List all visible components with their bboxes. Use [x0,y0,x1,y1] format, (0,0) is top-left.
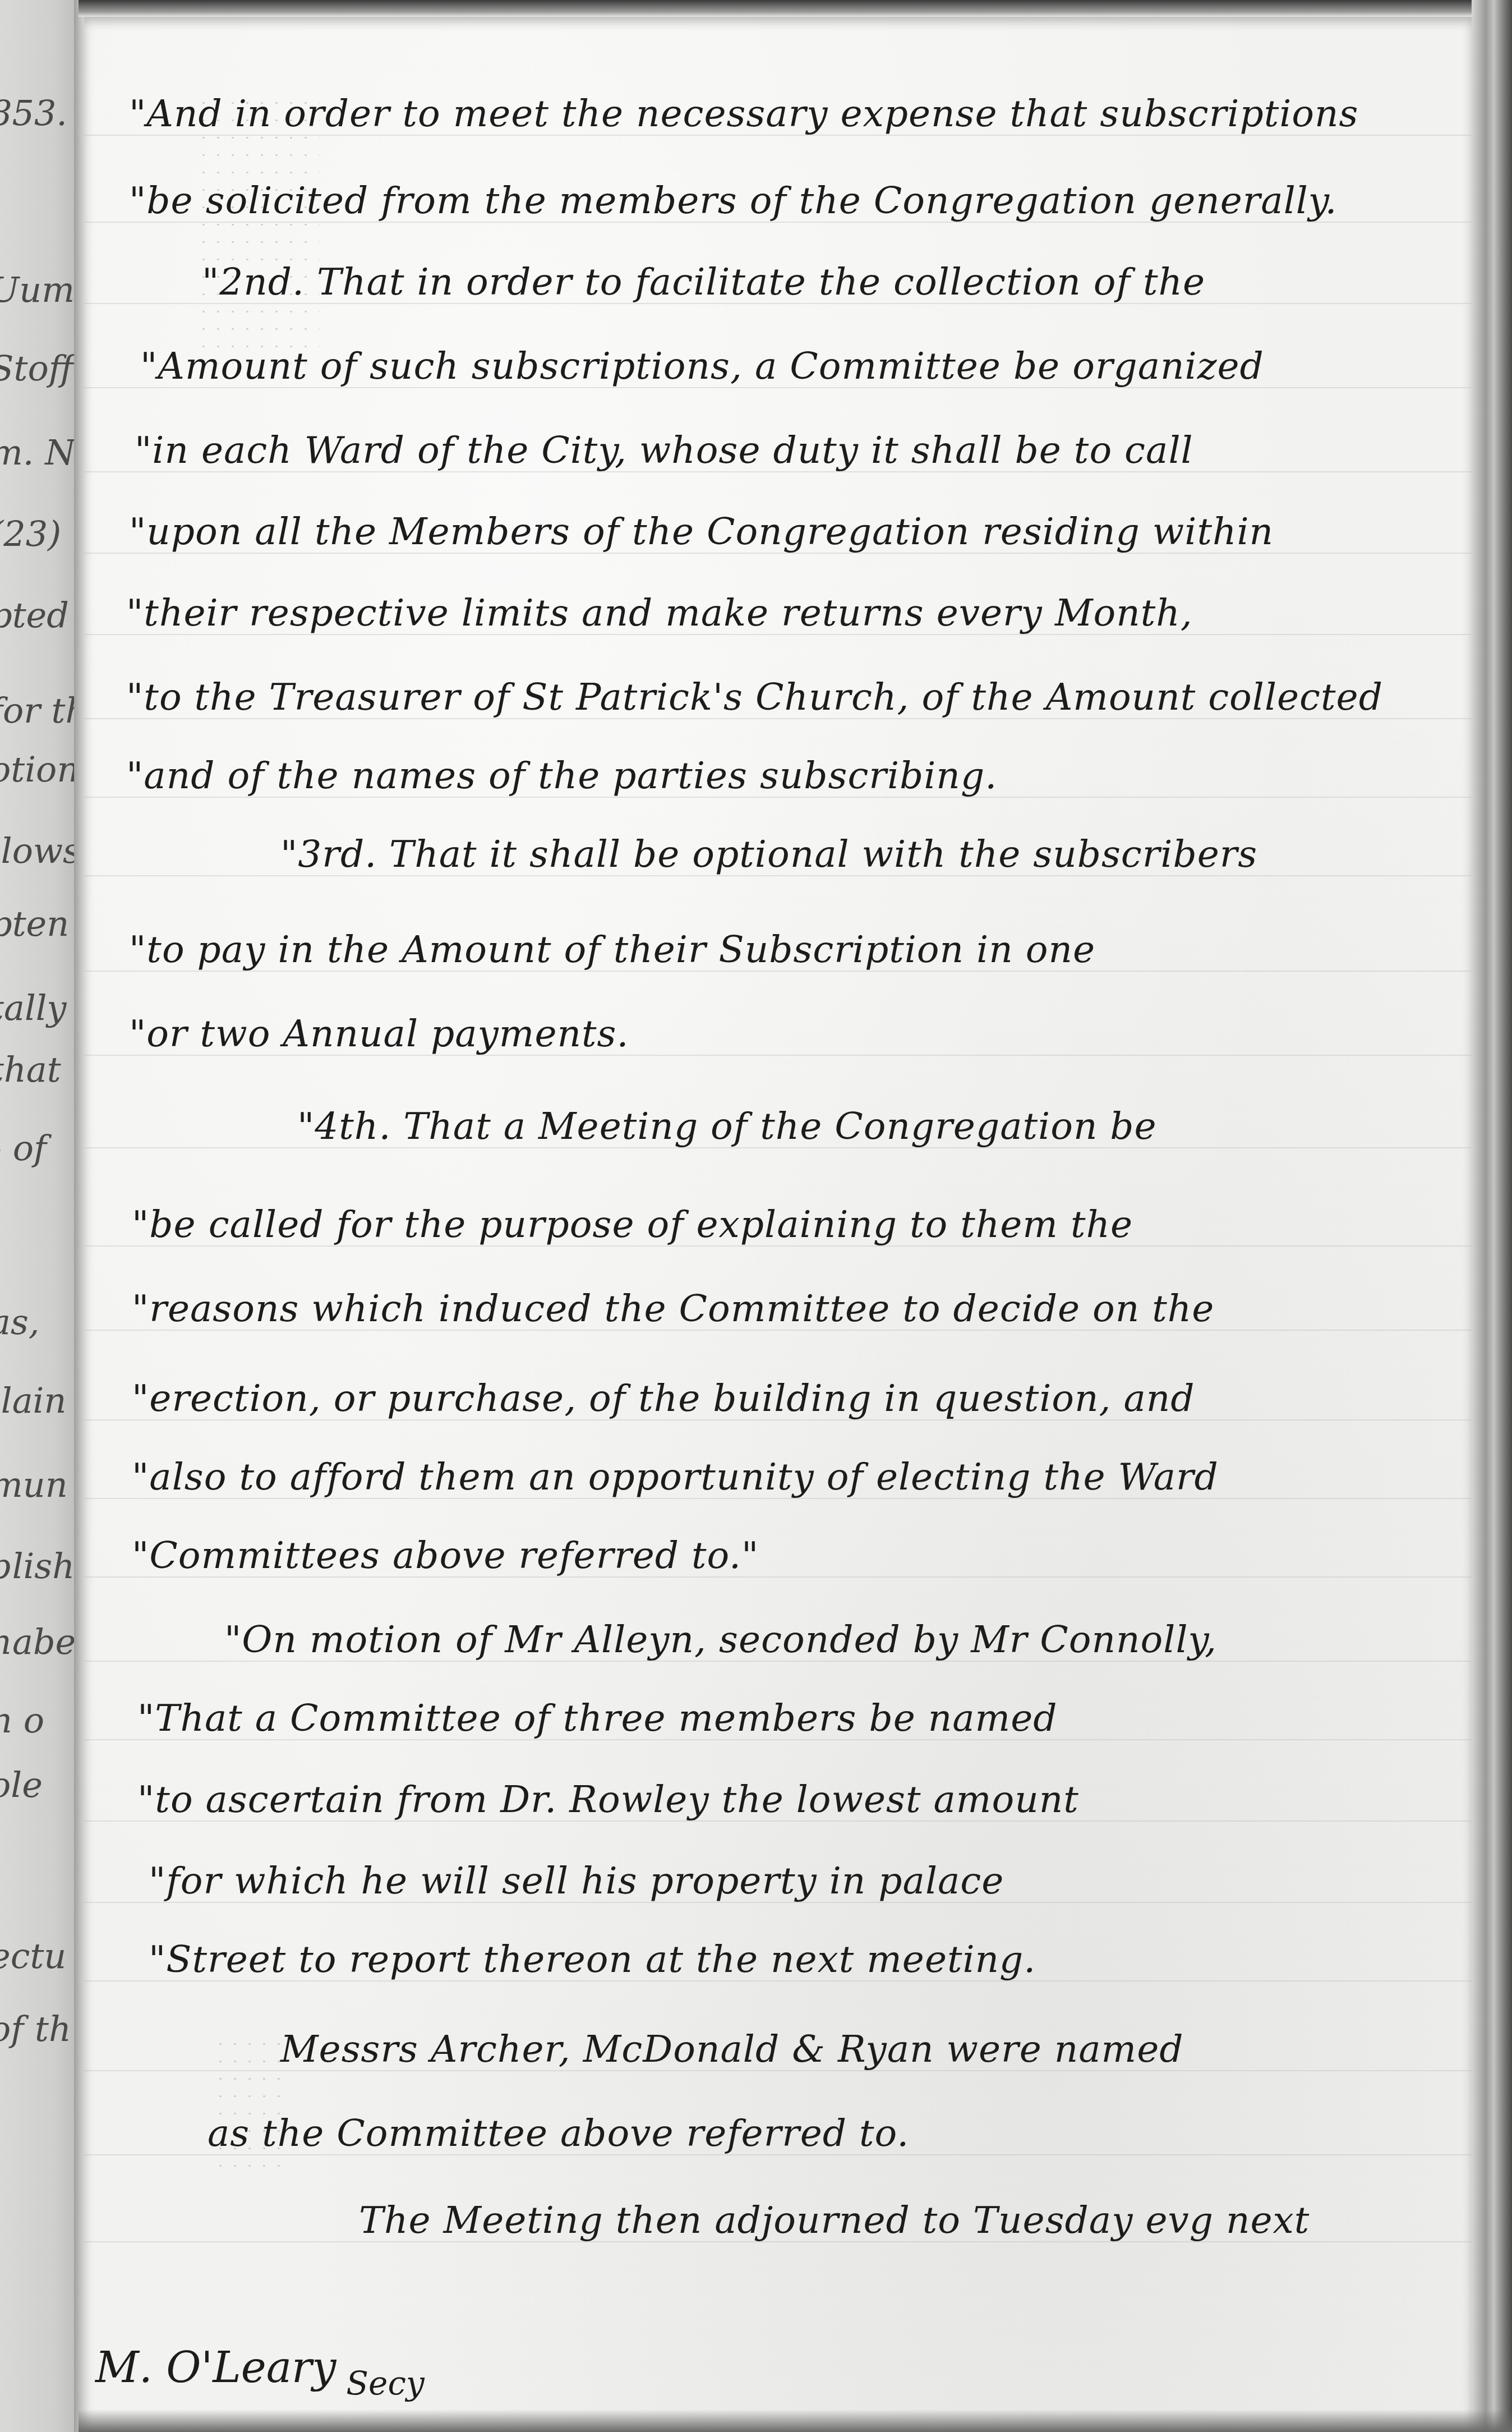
handwritten-line: "That a Committee of three members be na… [137,1700,1058,1737]
page-bottom-edge [79,2410,1512,2432]
handwritten-line: "to pay in the Amount of their Subscript… [129,931,1095,968]
facing-page-edge: 853.UumStoffm. N(23)ptedfor thotionllows… [0,0,79,2432]
handwritten-line: as the Committee above referred to. [208,2115,909,2152]
handwritten-line: "for which he will sell his property in … [149,1863,1004,1900]
handwritten-line: "erection, or purchase, of the building … [132,1380,1195,1417]
facing-page-text-fragment: pted [0,595,69,636]
facing-page-text-fragment: ectu [0,1936,66,1976]
facing-page-text-fragment: blish [0,1546,75,1587]
handwritten-line: "Committees above referred to." [132,1537,759,1574]
handwritten-line: "also to afford them an opportunity of e… [132,1459,1219,1496]
handwritten-line: "upon all the Members of the Congregatio… [129,513,1274,550]
handwritten-line: "Amount of such subscriptions, a Committ… [140,348,1264,385]
facing-page-text-fragment: that [0,1049,61,1090]
handwritten-line: "reasons which induced the Committee to … [132,1290,1214,1327]
book-spread: 853.UumStoffm. N(23)ptedfor thotionllows… [0,0,1512,2432]
handwritten-line: "to ascertain from Dr. Rowley the lowest… [137,1781,1079,1818]
handwritten-line: "their respective limits and make return… [126,595,1193,632]
facing-page-text-fragment: ole [0,1764,43,1805]
facing-page-text-fragment: m. N [0,432,75,473]
handwritten-line: "be solicited from the members of the Co… [129,182,1337,219]
handwritten-line: "be called for the purpose of explaining… [132,1206,1133,1243]
facing-page-text-fragment: llain [0,1380,66,1421]
page-top-edge [79,0,1512,17]
facing-page-text-fragment: habe [0,1621,76,1662]
facing-page-text-fragment: llows [0,830,79,871]
facing-page-text-fragment: mun [0,1464,68,1505]
manuscript-page: "And in order to meet the necessary expe… [84,16,1472,2432]
handwritten-line: "4th. That a Meeting of the Congregation… [297,1108,1157,1145]
facing-page-text-fragment: pten [0,903,69,944]
signature-title: Secy [346,2364,424,2402]
handwritten-line: "On motion of Mr Alleyn, seconded by Mr … [224,1621,1217,1658]
facing-page-text-fragment: Uum [0,269,75,310]
facing-page-text-fragment: - of [0,1128,47,1169]
handwritten-line: "and of the names of the parties subscri… [126,757,997,794]
signature-name: M. O'Leary [95,2342,336,2392]
handwritten-line: "in each Ward of the City, whose duty it… [135,432,1193,469]
handwritten-line: "or two Annual payments. [129,1015,629,1052]
handwritten-line: "And in order to meet the necessary expe… [129,95,1358,132]
signature: M. O'LearySecy [95,2342,425,2392]
page-stack-edge [1472,0,1512,2432]
facing-page-text-fragment: tally [0,987,67,1028]
facing-page-text-fragment: for th [0,690,79,731]
handwritten-line: "2nd. That in order to facilitate the co… [202,264,1205,301]
handwritten-line: Messrs Archer, McDonald & Ryan were name… [280,2031,1183,2068]
handwritten-line: "3rd. That it shall be optional with the… [280,836,1257,873]
facing-page-text-fragment: of th [0,2008,71,2049]
ink-specks [213,2035,292,2181]
facing-page-text-fragment: as, [0,1302,40,1343]
facing-page-text-fragment: 853. [0,93,67,134]
handwritten-line: "to the Treasurer of St Patrick's Church… [126,679,1383,716]
handwritten-line: The Meeting then adjourned to Tuesday ev… [359,2202,1310,2239]
facing-page-text-fragment: otion [0,749,79,790]
facing-page-text-fragment: n o [0,1700,44,1741]
facing-page-text-fragment: Stoff [0,348,73,389]
facing-page-text-fragment: (23) [0,513,61,554]
handwritten-line: "Street to report thereon at the next me… [149,1941,1036,1978]
